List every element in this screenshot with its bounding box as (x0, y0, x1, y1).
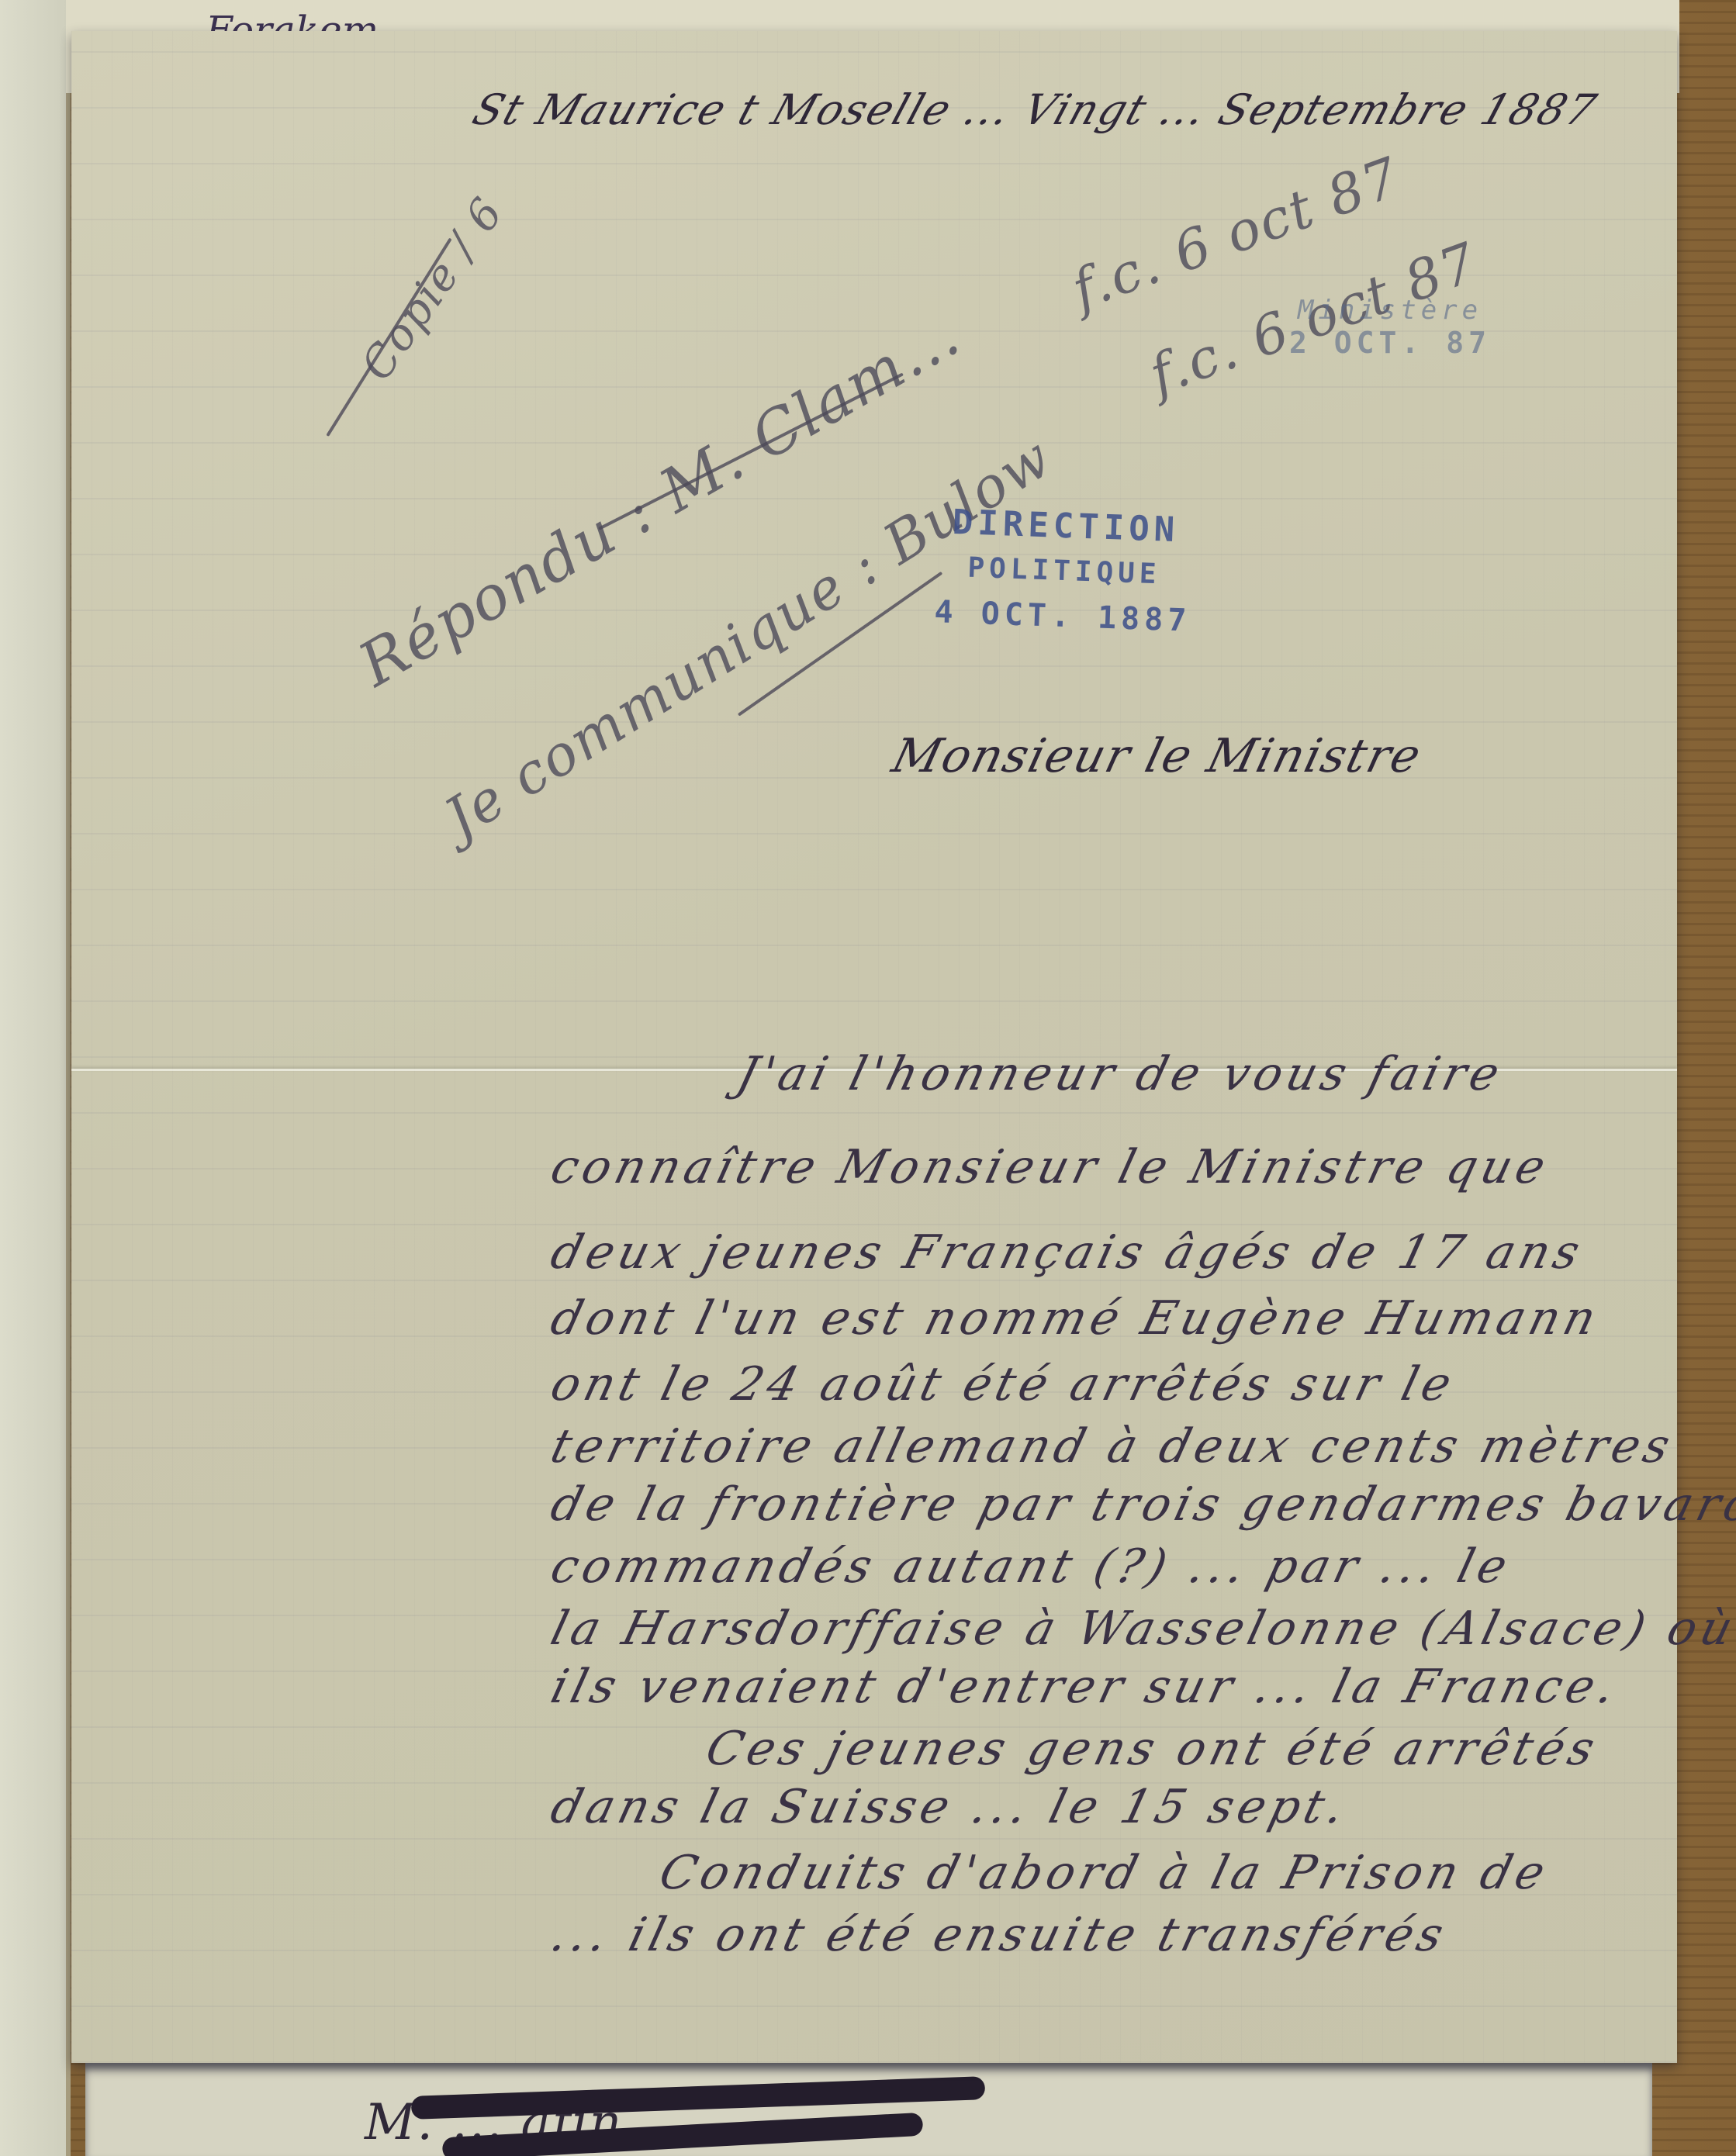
cross-out-stroke (326, 238, 451, 437)
body-line: deux jeunes Français âgés de 17 ans (545, 1225, 1589, 1280)
body-line: Ces jeunes gens ont été arrêtés (700, 1722, 1604, 1776)
underline-stroke (598, 372, 904, 530)
body-line: territoire allemand à deux cents mètres (545, 1419, 1679, 1474)
body-line: ils venaient d'entrer sur ... la France. (545, 1660, 1625, 1714)
body-line: connaître Monsieur le Ministre que (545, 1140, 1555, 1194)
reception-stamp-date: 2 OCT. 87 (1266, 326, 1514, 360)
adjacent-page-left (0, 0, 71, 2156)
body-line: la Harsdorffaise à Wasselonne (Alsace) o… (545, 1601, 1736, 1656)
body-line: dont l'un est nommé Eugène Humann (545, 1291, 1606, 1346)
direction-politique-stamp: DIRECTION POLITIQUE 4 OCT. 1887 (860, 497, 1268, 646)
body-line: ... ils ont été ensuite transférés (545, 1908, 1453, 1962)
underlying-sheet-bottom: M. ... afin ... (85, 2063, 1652, 2156)
body-line: dans la Suisse ... le 15 sept. (545, 1780, 1354, 1834)
body-line: de la frontière par trois gendarmes bava… (545, 1477, 1736, 1532)
reception-stamp-label: Ministère (1266, 295, 1514, 326)
body-line: Conduits d'abord à la Prison de (654, 1846, 1554, 1900)
body-line: commandés autant (?) ... par ... le (545, 1539, 1517, 1594)
body-line: ont le 24 août été arrêtés sur le (545, 1357, 1461, 1411)
salutation: Monsieur le Ministre (887, 729, 1427, 783)
letter-sheet: St Maurice t Moselle ... Vingt ... Septe… (71, 31, 1677, 2063)
dateline: St Maurice t Moselle ... Vingt ... Septe… (467, 85, 1603, 134)
reception-stamp: Ministère 2 OCT. 87 (1266, 295, 1514, 360)
body-line: J'ai l'honneur de vous faire (731, 1047, 1509, 1101)
